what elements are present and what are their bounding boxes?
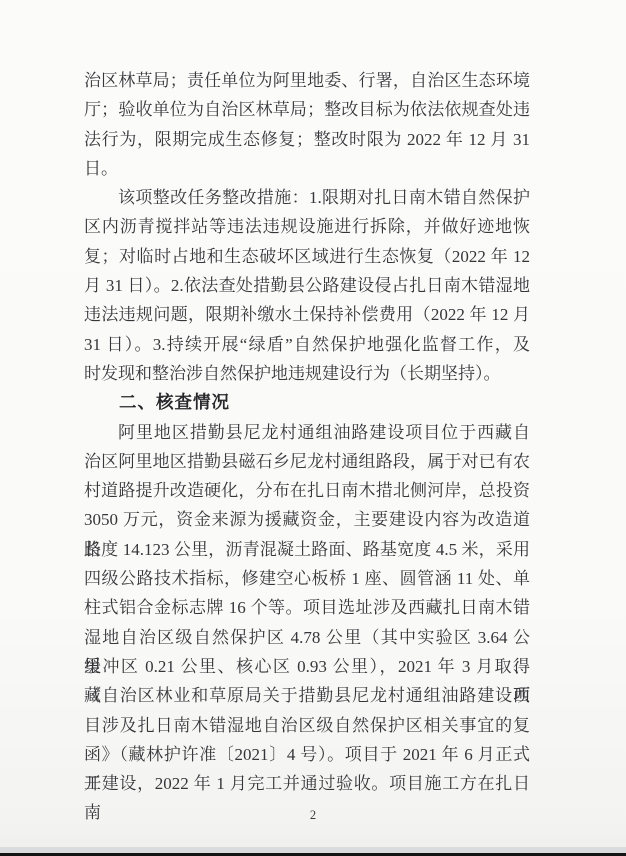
text-line: 3050 万元，资金来源为援藏资金，主要建设内容为改造道路 xyxy=(84,505,530,534)
text-line: 长度 14.123 公里，沥青混凝土路面、路基宽度 4.5 米，采用 xyxy=(84,535,530,564)
text-line: 时发现和整治涉自然保护地违规建设行为（长期坚持）。 xyxy=(84,359,530,388)
text-line: 工建设，2022 年 1 月完工并通过验收。项目施工方在扎日南 xyxy=(84,769,530,798)
text-line: 藏自治区林业和草原局关于措勤县尼龙村通组油路建设项 xyxy=(84,681,530,710)
text-line: 区内沥青搅拌站等违法违规设施进行拆除，并做好迹地恢 xyxy=(84,212,530,241)
text-line: 31 日）。3.持续开展“绿盾”自然保护地强化监督工作，及 xyxy=(84,330,530,359)
text-line: 缓冲区 0.21 公里、核心区 0.93 公里），2021 年 3 月取得《西 xyxy=(84,652,530,681)
text-line: 日。 xyxy=(84,154,530,183)
text-line: 湿地自治区级自然保护区 4.78 公里（其中实验区 3.64 公里、 xyxy=(84,623,530,652)
document-page: 治区林草局；责任单位为阿里地委、行署，自治区生态环境厅；验收单位为自治区林草局；… xyxy=(0,0,626,856)
text-line: 村道路提升改造硬化，分布在扎日南木措北侧河岸，总投资 xyxy=(84,476,530,505)
section-heading: 二、核查情况 xyxy=(84,388,530,417)
text-line: 治区阿里地区措勤县磁石乡尼龙村通组路段，属于对已有农 xyxy=(84,447,530,476)
text-line: 治区林草局；责任单位为阿里地委、行署，自治区生态环境 xyxy=(84,66,530,95)
text-line: 违法违规问题，限期补缴水土保持补偿费用（2022 年 12 月 xyxy=(84,300,530,329)
text-line: 四级公路技术指标，修建空心板桥 1 座、圆管涵 11 处、单 xyxy=(84,564,530,593)
page-footer: 2 xyxy=(0,806,626,824)
text-line: 法行为，限期完成生态修复；整改时限为 2022 年 12 月 31 xyxy=(84,125,530,154)
text-line: 厅；验收单位为自治区林草局；整改目标为依法依规查处违 xyxy=(84,95,530,124)
text-line: 柱式铝合金标志牌 16 个等。项目选址涉及西藏扎日南木错 xyxy=(84,593,530,622)
document-body: 治区林草局；责任单位为阿里地委、行署，自治区生态环境厅；验收单位为自治区林草局；… xyxy=(84,66,530,798)
text-line: 阿里地区措勤县尼龙村通组油路建设项目位于西藏自 xyxy=(84,418,530,447)
text-line: 复；对临时占地和生态破坏区域进行生态恢复（2022 年 12 xyxy=(84,242,530,271)
page-number: 2 xyxy=(310,808,316,822)
text-line: 目涉及扎日南木错湿地自治区级自然保护区相关事宜的复 xyxy=(84,711,530,740)
text-line: 函》（藏林护许准〔2021〕4 号）。项目于 2021 年 6 月正式开 xyxy=(84,740,530,769)
text-line: 月 31 日）。2.依法查处措勤县公路建设侵占扎日南木错湿地 xyxy=(84,271,530,300)
text-line: 该项整改任务整改措施：1.限期对扎日南木错自然保护 xyxy=(84,183,530,212)
